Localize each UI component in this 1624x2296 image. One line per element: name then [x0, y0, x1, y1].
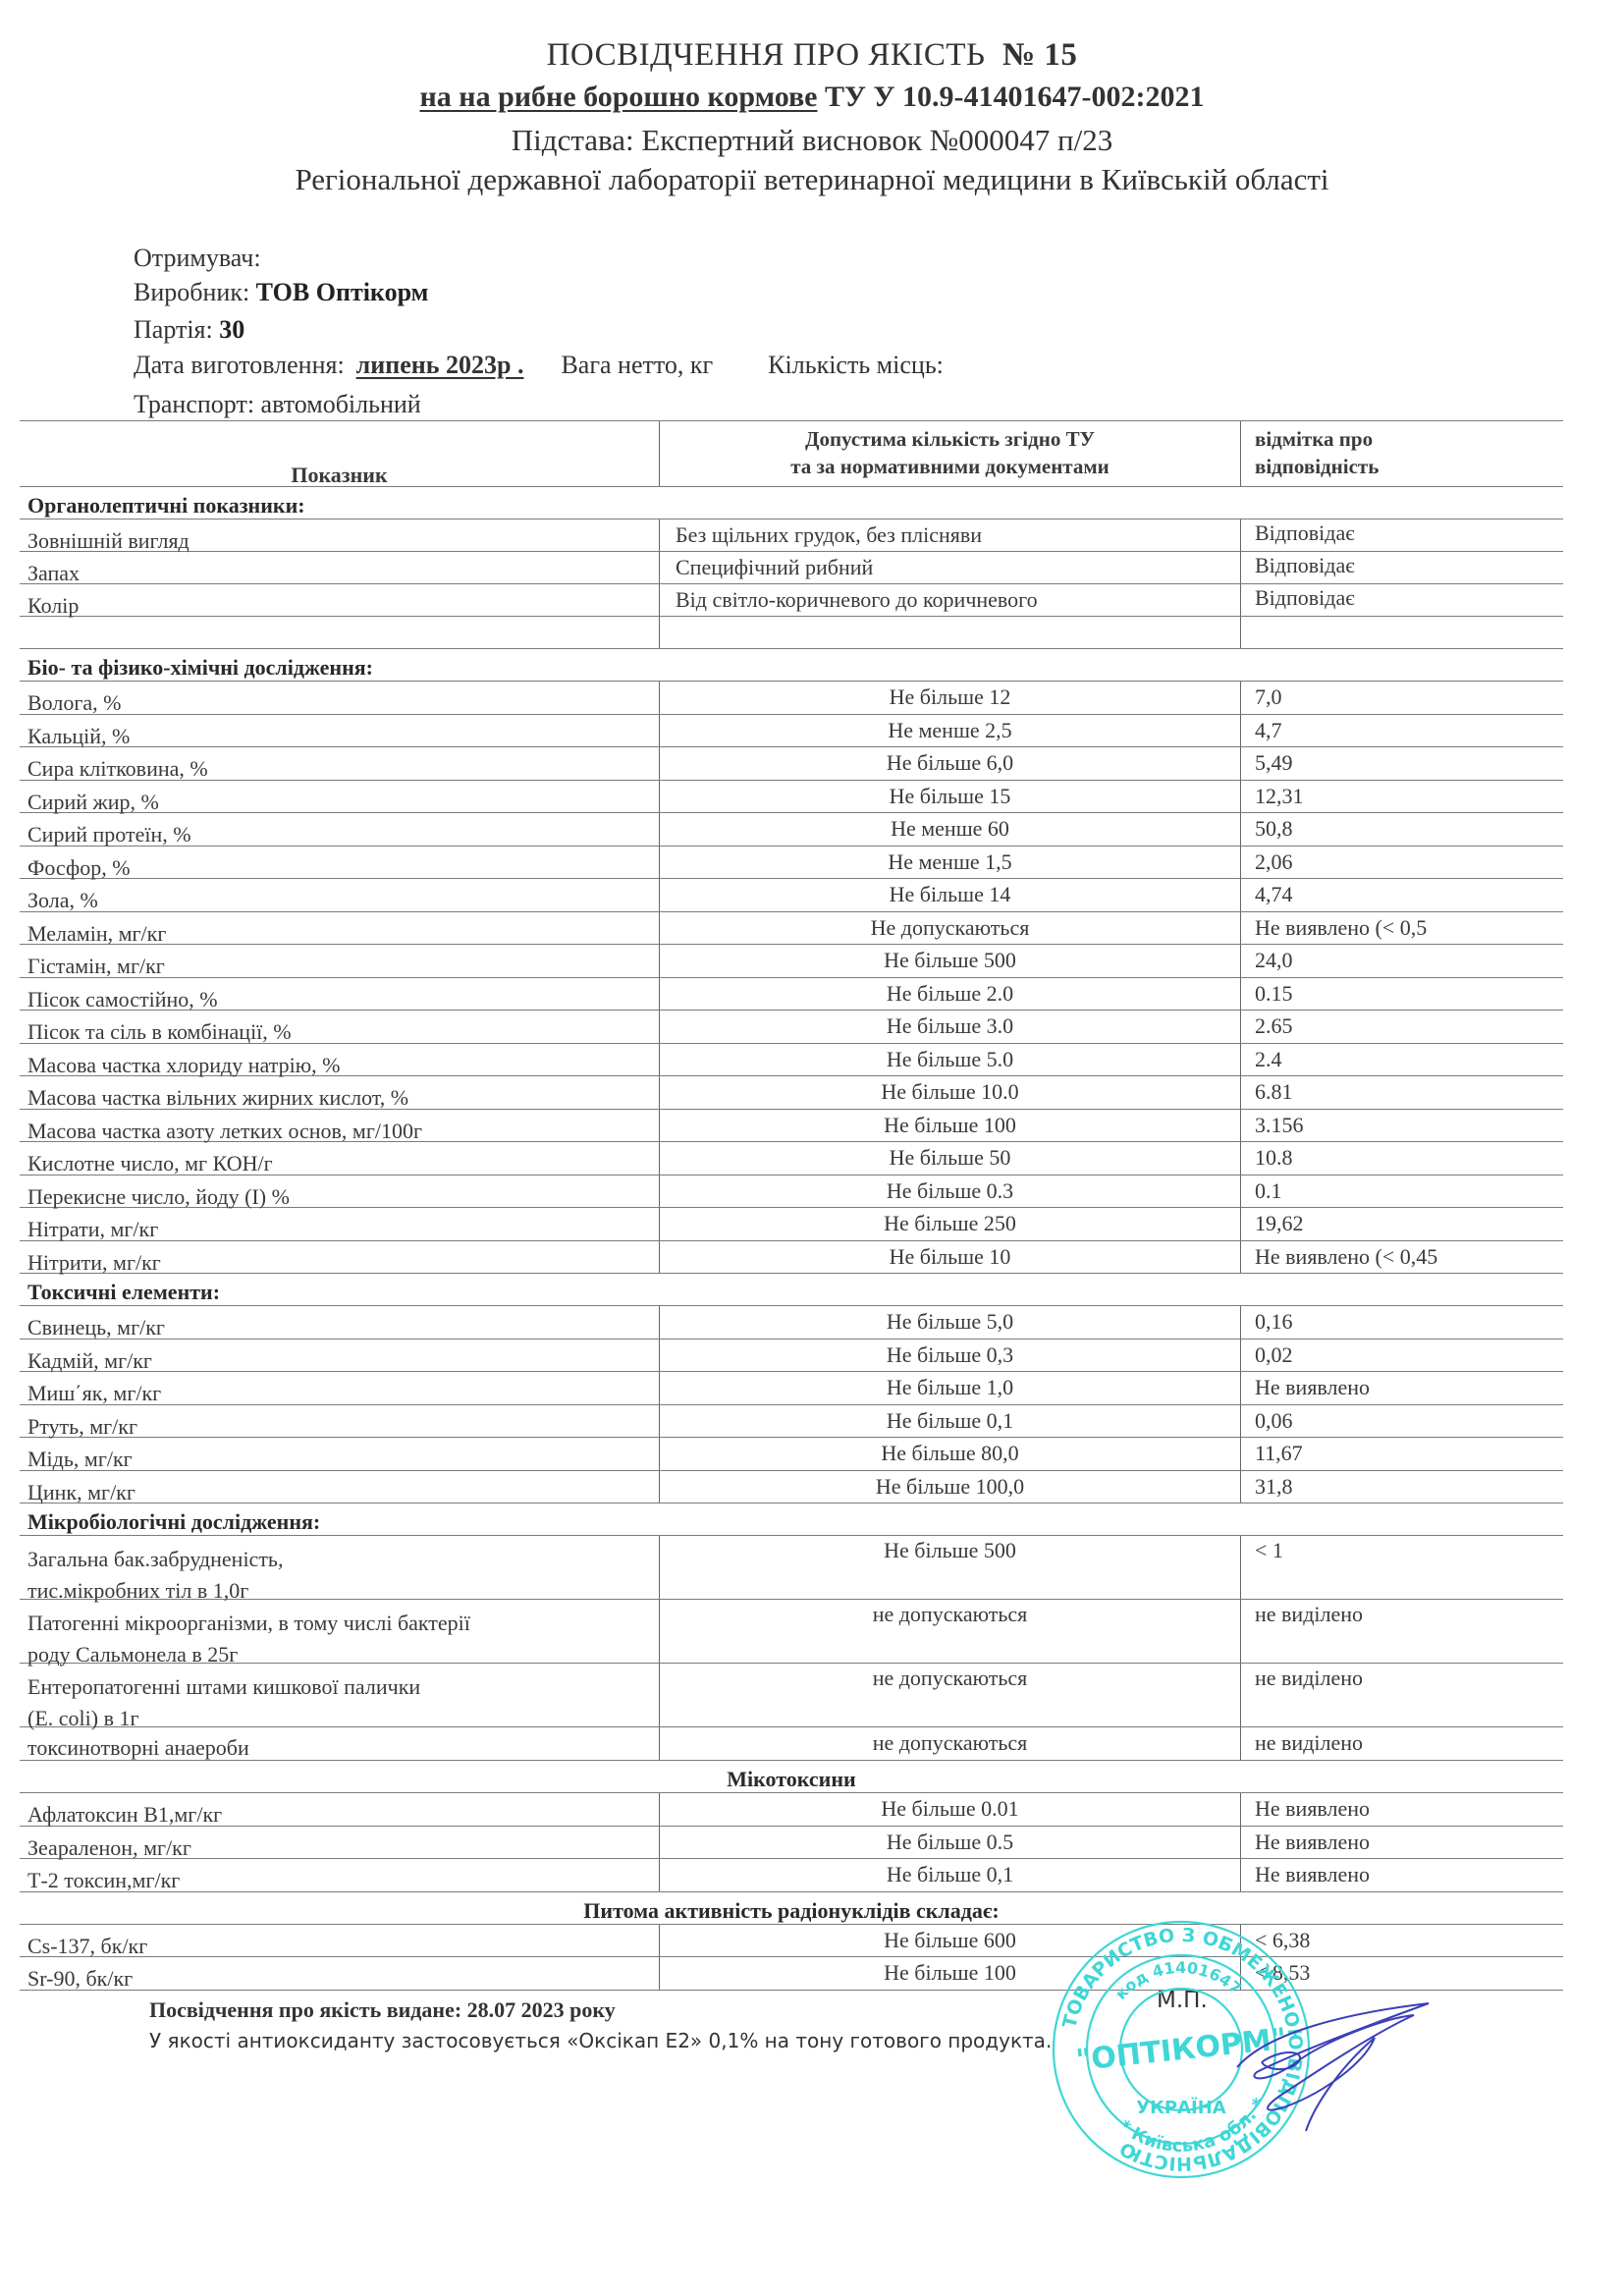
indicator-cell: Масова частка азоту летких основ, мг/100…: [20, 1110, 659, 1142]
norm-cell: Не більше 14: [659, 879, 1240, 911]
product-spec: ТУ У 10.9-41401647-002:2021: [817, 81, 1204, 113]
result-cell: 12,31: [1240, 781, 1563, 813]
norm-cell: Не більше 0,1: [659, 1405, 1240, 1438]
norm-cell: Не більше 250: [659, 1208, 1240, 1240]
norm-cell: Не більше 2.0: [659, 978, 1240, 1011]
result-cell: Не виявлено: [1240, 1827, 1563, 1859]
indicator-cell: Зола, %: [20, 879, 659, 911]
result-cell: Не виявлено: [1240, 1372, 1563, 1404]
table-row: Sr-90, бк/кгНе більше 100< 8,53: [20, 1957, 1563, 1991]
section-title: Мікотоксини: [20, 1761, 1563, 1792]
result-cell: Не виявлено: [1240, 1859, 1563, 1891]
indicator-cell: Волога, %: [20, 682, 659, 714]
places-label: Кількість місць:: [768, 351, 944, 379]
norm-cell: Не більше 0.3: [659, 1175, 1240, 1208]
indicator-cell: Свинець, мг/кг: [20, 1306, 659, 1339]
norm-cell: Не більше 15: [659, 781, 1240, 813]
table-row: Афлатоксин В1,мг/кгНе більше 0.01Не вияв…: [20, 1793, 1563, 1827]
norm-cell: Не більше 500: [659, 1536, 1240, 1599]
table-row: Зеараленон, мг/кгНе більше 0.5Не виявлен…: [20, 1827, 1563, 1860]
indicator-cell: Сира клітковина, %: [20, 747, 659, 780]
norm-cell: Не більше 5,0: [659, 1306, 1240, 1339]
result-cell: не виділено: [1240, 1664, 1563, 1726]
table-row: Масова частка хлориду натрію, %Не більше…: [20, 1044, 1563, 1077]
norm-cell: Не більше 6,0: [659, 747, 1240, 780]
result-cell: не виділено: [1240, 1600, 1563, 1663]
section-header: Органолептичні показники:: [20, 487, 1563, 519]
result-cell: 0.1: [1240, 1175, 1563, 1208]
indicator-cell: Цинк, мг/кг: [20, 1471, 659, 1503]
indicator-cell: Фосфор, %: [20, 847, 659, 879]
table-row: Загальна бак.забрудненість,тис.мікробних…: [20, 1536, 1563, 1600]
result-cell: 0.15: [1240, 978, 1563, 1011]
weight-label: Вага нетто, кг: [561, 351, 713, 379]
result-cell: Відповідає: [1240, 519, 1563, 551]
section-title: Біо- та фізико-хімічні дослідження:: [20, 649, 373, 681]
issued-date: Посвідчення про якість видане: 28.07 202…: [149, 1997, 616, 2023]
table-row: Мідь, мг/кгНе більше 80,011,67: [20, 1438, 1563, 1471]
result-cell: 0,02: [1240, 1339, 1563, 1372]
indicator-line: Патогенні мікроорганізми, в тому числі б…: [27, 1608, 659, 1639]
table-row: Ентеропатогенні штами кишкової палички(E…: [20, 1664, 1563, 1727]
result-cell: 11,67: [1240, 1438, 1563, 1470]
result-cell: 7,0: [1240, 682, 1563, 714]
result-cell: Не виявлено (< 0,45: [1240, 1241, 1563, 1274]
col-allowed: Допустима кількість згідно ТУ та за норм…: [659, 421, 1240, 486]
table-row: Масова частка вільних жирних кислот, %Не…: [20, 1076, 1563, 1110]
table-row: Патогенні мікроорганізми, в тому числі б…: [20, 1600, 1563, 1664]
norm-cell: Не більше 10.0: [659, 1076, 1240, 1109]
norm-cell: Не більше 0,3: [659, 1339, 1240, 1372]
norm-cell: Не більше 80,0: [659, 1438, 1240, 1470]
section-header: Питома активність радіонуклідів складає:: [20, 1892, 1563, 1925]
table-row: Миш΄як, мг/кгНе більше 1,0Не виявлено: [20, 1372, 1563, 1405]
indicator-cell: Кальцій, %: [20, 715, 659, 747]
product-name: на на рибне борошно кормове: [420, 81, 818, 113]
norm-cell: Не менше 1,5: [659, 847, 1240, 879]
result-cell: 3.156: [1240, 1110, 1563, 1142]
table-row: Нітрити, мг/кгНе більше 10Не виявлено (<…: [20, 1241, 1563, 1275]
norm-cell: Не більше 1,0: [659, 1372, 1240, 1404]
table-row: Сирий протеїн, %Не менше 6050,8: [20, 813, 1563, 847]
indicator-line: Загальна бак.забрудненість,: [27, 1544, 659, 1575]
indicator-cell: Зеараленон, мг/кг: [20, 1827, 659, 1859]
norm-cell: Не більше 3.0: [659, 1011, 1240, 1043]
table-row: токсинотворні анаеробине допускаютьсяне …: [20, 1727, 1563, 1761]
indicator-cell: Кадмій, мг/кг: [20, 1339, 659, 1372]
result-cell: Відповідає: [1240, 584, 1563, 616]
result-cell: 2.4: [1240, 1044, 1563, 1076]
section-header: Біо- та фізико-хімічні дослідження:: [20, 649, 1563, 682]
indicator-cell: Ентеропатогенні штами кишкової палички(E…: [20, 1664, 659, 1726]
indicator-cell: Кислотне число, мг КОН/г: [20, 1142, 659, 1175]
date-label: Дата виготовлення:: [134, 351, 345, 379]
result-cell: 10.8: [1240, 1142, 1563, 1175]
table-header: Показник Допустима кількість згідно ТУ т…: [20, 420, 1563, 487]
certificate-number: № 15: [1002, 37, 1077, 73]
table-row: Кадмій, мг/кгНе більше 0,30,02: [20, 1339, 1563, 1373]
basis-line: Підстава: Експертний висновок №000047 п/…: [0, 123, 1624, 158]
norm-cell: не допускаються: [659, 1664, 1240, 1726]
antioxidant-note: У якості антиоксиданту застосовується «О…: [149, 2029, 1052, 2052]
norm-cell: Не більше 0.01: [659, 1793, 1240, 1826]
indicator-cell: Запах: [20, 552, 659, 583]
section-header: Токсичні елементи:: [20, 1274, 1563, 1306]
norm-cell: не допускаються: [659, 1600, 1240, 1663]
result-cell: 6.81: [1240, 1076, 1563, 1109]
norm-cell: Не менше 60: [659, 813, 1240, 846]
norm-cell: не допускаються: [659, 1727, 1240, 1760]
batch-label: Партія:: [134, 315, 213, 344]
table-row: Перекисне число, йоду (І) %Не більше 0.3…: [20, 1175, 1563, 1209]
table-row: Меламін, мг/кгНе допускаютьсяНе виявлено…: [20, 912, 1563, 946]
indicator-cell: Нітрати, мг/кг: [20, 1208, 659, 1240]
result-cell: 2.65: [1240, 1011, 1563, 1043]
col-allowed-line2: та за нормативними документами: [660, 453, 1240, 480]
col-allowed-line1: Допустима кількість згідно ТУ: [660, 425, 1240, 453]
result-cell: 50,8: [1240, 813, 1563, 846]
norm-cell: Не більше 50: [659, 1142, 1240, 1175]
indicator-cell: Масова частка хлориду натрію, %: [20, 1044, 659, 1076]
table-row: Волога, %Не більше 127,0: [20, 682, 1563, 715]
result-cell: Відповідає: [1240, 552, 1563, 583]
col-compliance-line2: відповідність: [1255, 453, 1563, 480]
result-cell: < 1: [1240, 1536, 1563, 1599]
indicator-cell: Меламін, мг/кг: [20, 912, 659, 945]
norm-cell: Не більше 10: [659, 1241, 1240, 1274]
norm-cell: Не менше 2,5: [659, 715, 1240, 747]
result-cell: 5,49: [1240, 747, 1563, 780]
table-row: Масова частка азоту летких основ, мг/100…: [20, 1110, 1563, 1143]
table-row: Сира клітковина, %Не більше 6,05,49: [20, 747, 1563, 781]
norm-cell: Не більше 500: [659, 945, 1240, 977]
indicator-cell: токсинотворні анаероби: [20, 1727, 659, 1760]
indicator-cell: Sr-90, бк/кг: [20, 1957, 659, 1990]
table-row: КолірВід світло-коричневого до коричнево…: [20, 584, 1563, 617]
table-row: Кальцій, %Не менше 2,54,7: [20, 715, 1563, 748]
table-row: Пісок самостійно, %Не більше 2.00.15: [20, 978, 1563, 1011]
norm-cell: Від світло-коричневого до коричневого: [659, 584, 1240, 616]
section-title: Органолептичні показники:: [20, 487, 305, 519]
producer-value: ТОВ Оптікорм: [256, 278, 429, 306]
table-row: Свинець, мг/кгНе більше 5,00,16: [20, 1306, 1563, 1339]
table-row: Ртуть, мг/кгНе більше 0,10,06: [20, 1405, 1563, 1439]
table-row: Cs-137, бк/кгНе більше 600< 6,38: [20, 1925, 1563, 1958]
section-header: Мікотоксини: [20, 1761, 1563, 1793]
table-row: Гістамін, мг/кгНе більше 50024,0: [20, 945, 1563, 978]
result-cell: 19,62: [1240, 1208, 1563, 1240]
indicator-cell: Ртуть, мг/кг: [20, 1405, 659, 1438]
result-cell: [1240, 617, 1563, 648]
col-compliance-line1: відмітка про: [1255, 425, 1563, 453]
indicator-cell: Сирий протеїн, %: [20, 813, 659, 846]
norm-cell: Не більше 100: [659, 1110, 1240, 1142]
col-compliance: відмітка про відповідність: [1240, 421, 1563, 486]
indicator-cell: [20, 617, 659, 648]
indicator-cell: Пісок самостійно, %: [20, 978, 659, 1011]
recipient-label: Отримувач:: [134, 244, 261, 272]
table-row: Сирий жир, %Не більше 1512,31: [20, 781, 1563, 814]
section-title: Токсичні елементи:: [20, 1274, 220, 1305]
table-row: Цинк, мг/кгНе більше 100,031,8: [20, 1471, 1563, 1504]
signature-icon: [1227, 1994, 1438, 2141]
title-text: ПОСВІДЧЕННЯ ПРО ЯКІСТЬ: [547, 37, 986, 73]
table-row: Фосфор, %Не менше 1,52,06: [20, 847, 1563, 880]
table-row: Пісок та сіль в комбінації, %Не більше 3…: [20, 1011, 1563, 1044]
indicator-cell: Cs-137, бк/кг: [20, 1925, 659, 1957]
batch-value: 30: [219, 315, 244, 344]
table-row: Нітрати, мг/кгНе більше 25019,62: [20, 1208, 1563, 1241]
result-cell: 24,0: [1240, 945, 1563, 977]
manufacture-date: Дата виготовлення:липень 2023р .Вага нет…: [134, 351, 944, 380]
indicator-cell: Афлатоксин В1,мг/кг: [20, 1793, 659, 1826]
indicator-cell: Загальна бак.забрудненість,тис.мікробних…: [20, 1536, 659, 1599]
norm-cell: Не більше 100,0: [659, 1471, 1240, 1503]
result-cell: не виділено: [1240, 1727, 1563, 1760]
result-cell: 0,06: [1240, 1405, 1563, 1438]
result-cell: 31,8: [1240, 1471, 1563, 1503]
section-header: Мікробіологічні дослідження:: [20, 1503, 1563, 1536]
result-cell: 4,74: [1240, 879, 1563, 911]
indicator-cell: Сирий жир, %: [20, 781, 659, 813]
indicator-line: токсинотворні анаероби: [27, 1735, 659, 1761]
lab-line: Регіональної державної лабораторії ветер…: [0, 162, 1624, 197]
producer: Виробник: ТОВ Оптікорм: [134, 278, 428, 307]
result-cell: 2,06: [1240, 847, 1563, 879]
indicator-cell: Гістамін, мг/кг: [20, 945, 659, 977]
quality-table: Показник Допустима кількість згідно ТУ т…: [20, 420, 1563, 1991]
result-cell: 4,7: [1240, 715, 1563, 747]
date-value: липень 2023р .: [356, 351, 524, 379]
table-row: Т-2 токсин,мг/кгНе більше 0,1Не виявлено: [20, 1859, 1563, 1892]
transport-value: автомобільний: [261, 390, 421, 418]
indicator-cell: Перекисне число, йоду (І) %: [20, 1175, 659, 1208]
table-row-empty: [20, 617, 1563, 649]
table-row: Кислотне число, мг КОН/гНе більше 5010.8: [20, 1142, 1563, 1175]
norm-cell: Не допускаються: [659, 912, 1240, 945]
indicator-cell: Масова частка вільних жирних кислот, %: [20, 1076, 659, 1109]
result-cell: Не виявлено (< 0,5: [1240, 912, 1563, 945]
norm-cell: Не більше 0.5: [659, 1827, 1240, 1859]
norm-cell: Без щільних грудок, без плісняви: [659, 519, 1240, 551]
indicator-cell: Патогенні мікроорганізми, в тому числі б…: [20, 1600, 659, 1663]
section-title: Мікробіологічні дослідження:: [20, 1503, 320, 1535]
transport-label: Транспорт:: [134, 390, 254, 418]
result-cell: 0,16: [1240, 1306, 1563, 1339]
product-line: на на рибне борошно кормове ТУ У 10.9-41…: [0, 81, 1624, 114]
indicator-cell: Колір: [20, 584, 659, 616]
norm-cell: Специфічний рибний: [659, 552, 1240, 583]
table-row: Зовнішній виглядБез щільних грудок, без …: [20, 519, 1563, 552]
norm-cell: Не більше 5.0: [659, 1044, 1240, 1076]
document-title: ПОСВІДЧЕННЯ ПРО ЯКІСТЬ № 15: [0, 37, 1624, 74]
norm-cell: [659, 617, 1240, 648]
transport: Транспорт: автомобільний: [134, 390, 421, 419]
norm-cell: Не більше 0,1: [659, 1859, 1240, 1891]
indicator-cell: Миш΄як, мг/кг: [20, 1372, 659, 1404]
indicator-cell: Нітрити, мг/кг: [20, 1241, 659, 1274]
producer-label: Виробник:: [134, 278, 249, 306]
indicator-line: Ентеропатогенні штами кишкової палички: [27, 1671, 659, 1703]
indicator-cell: Пісок та сіль в комбінації, %: [20, 1011, 659, 1043]
svg-text:УКРАЇНА: УКРАЇНА: [1136, 2097, 1225, 2118]
indicator-cell: Зовнішній вигляд: [20, 519, 659, 551]
recipient: Отримувач:: [134, 244, 261, 273]
table-row: Зола, %Не більше 144,74: [20, 879, 1563, 912]
section-title: Питома активність радіонуклідів складає:: [20, 1892, 1563, 1924]
indicator-cell: Т-2 токсин,мг/кг: [20, 1859, 659, 1891]
batch: Партія: 30: [134, 315, 244, 345]
indicator-cell: Мідь, мг/кг: [20, 1438, 659, 1470]
col-indicator: Показник: [20, 421, 659, 486]
result-cell: Не виявлено: [1240, 1793, 1563, 1826]
table-row: ЗапахСпецифічний рибнийВідповідає: [20, 552, 1563, 584]
norm-cell: Не більше 12: [659, 682, 1240, 714]
